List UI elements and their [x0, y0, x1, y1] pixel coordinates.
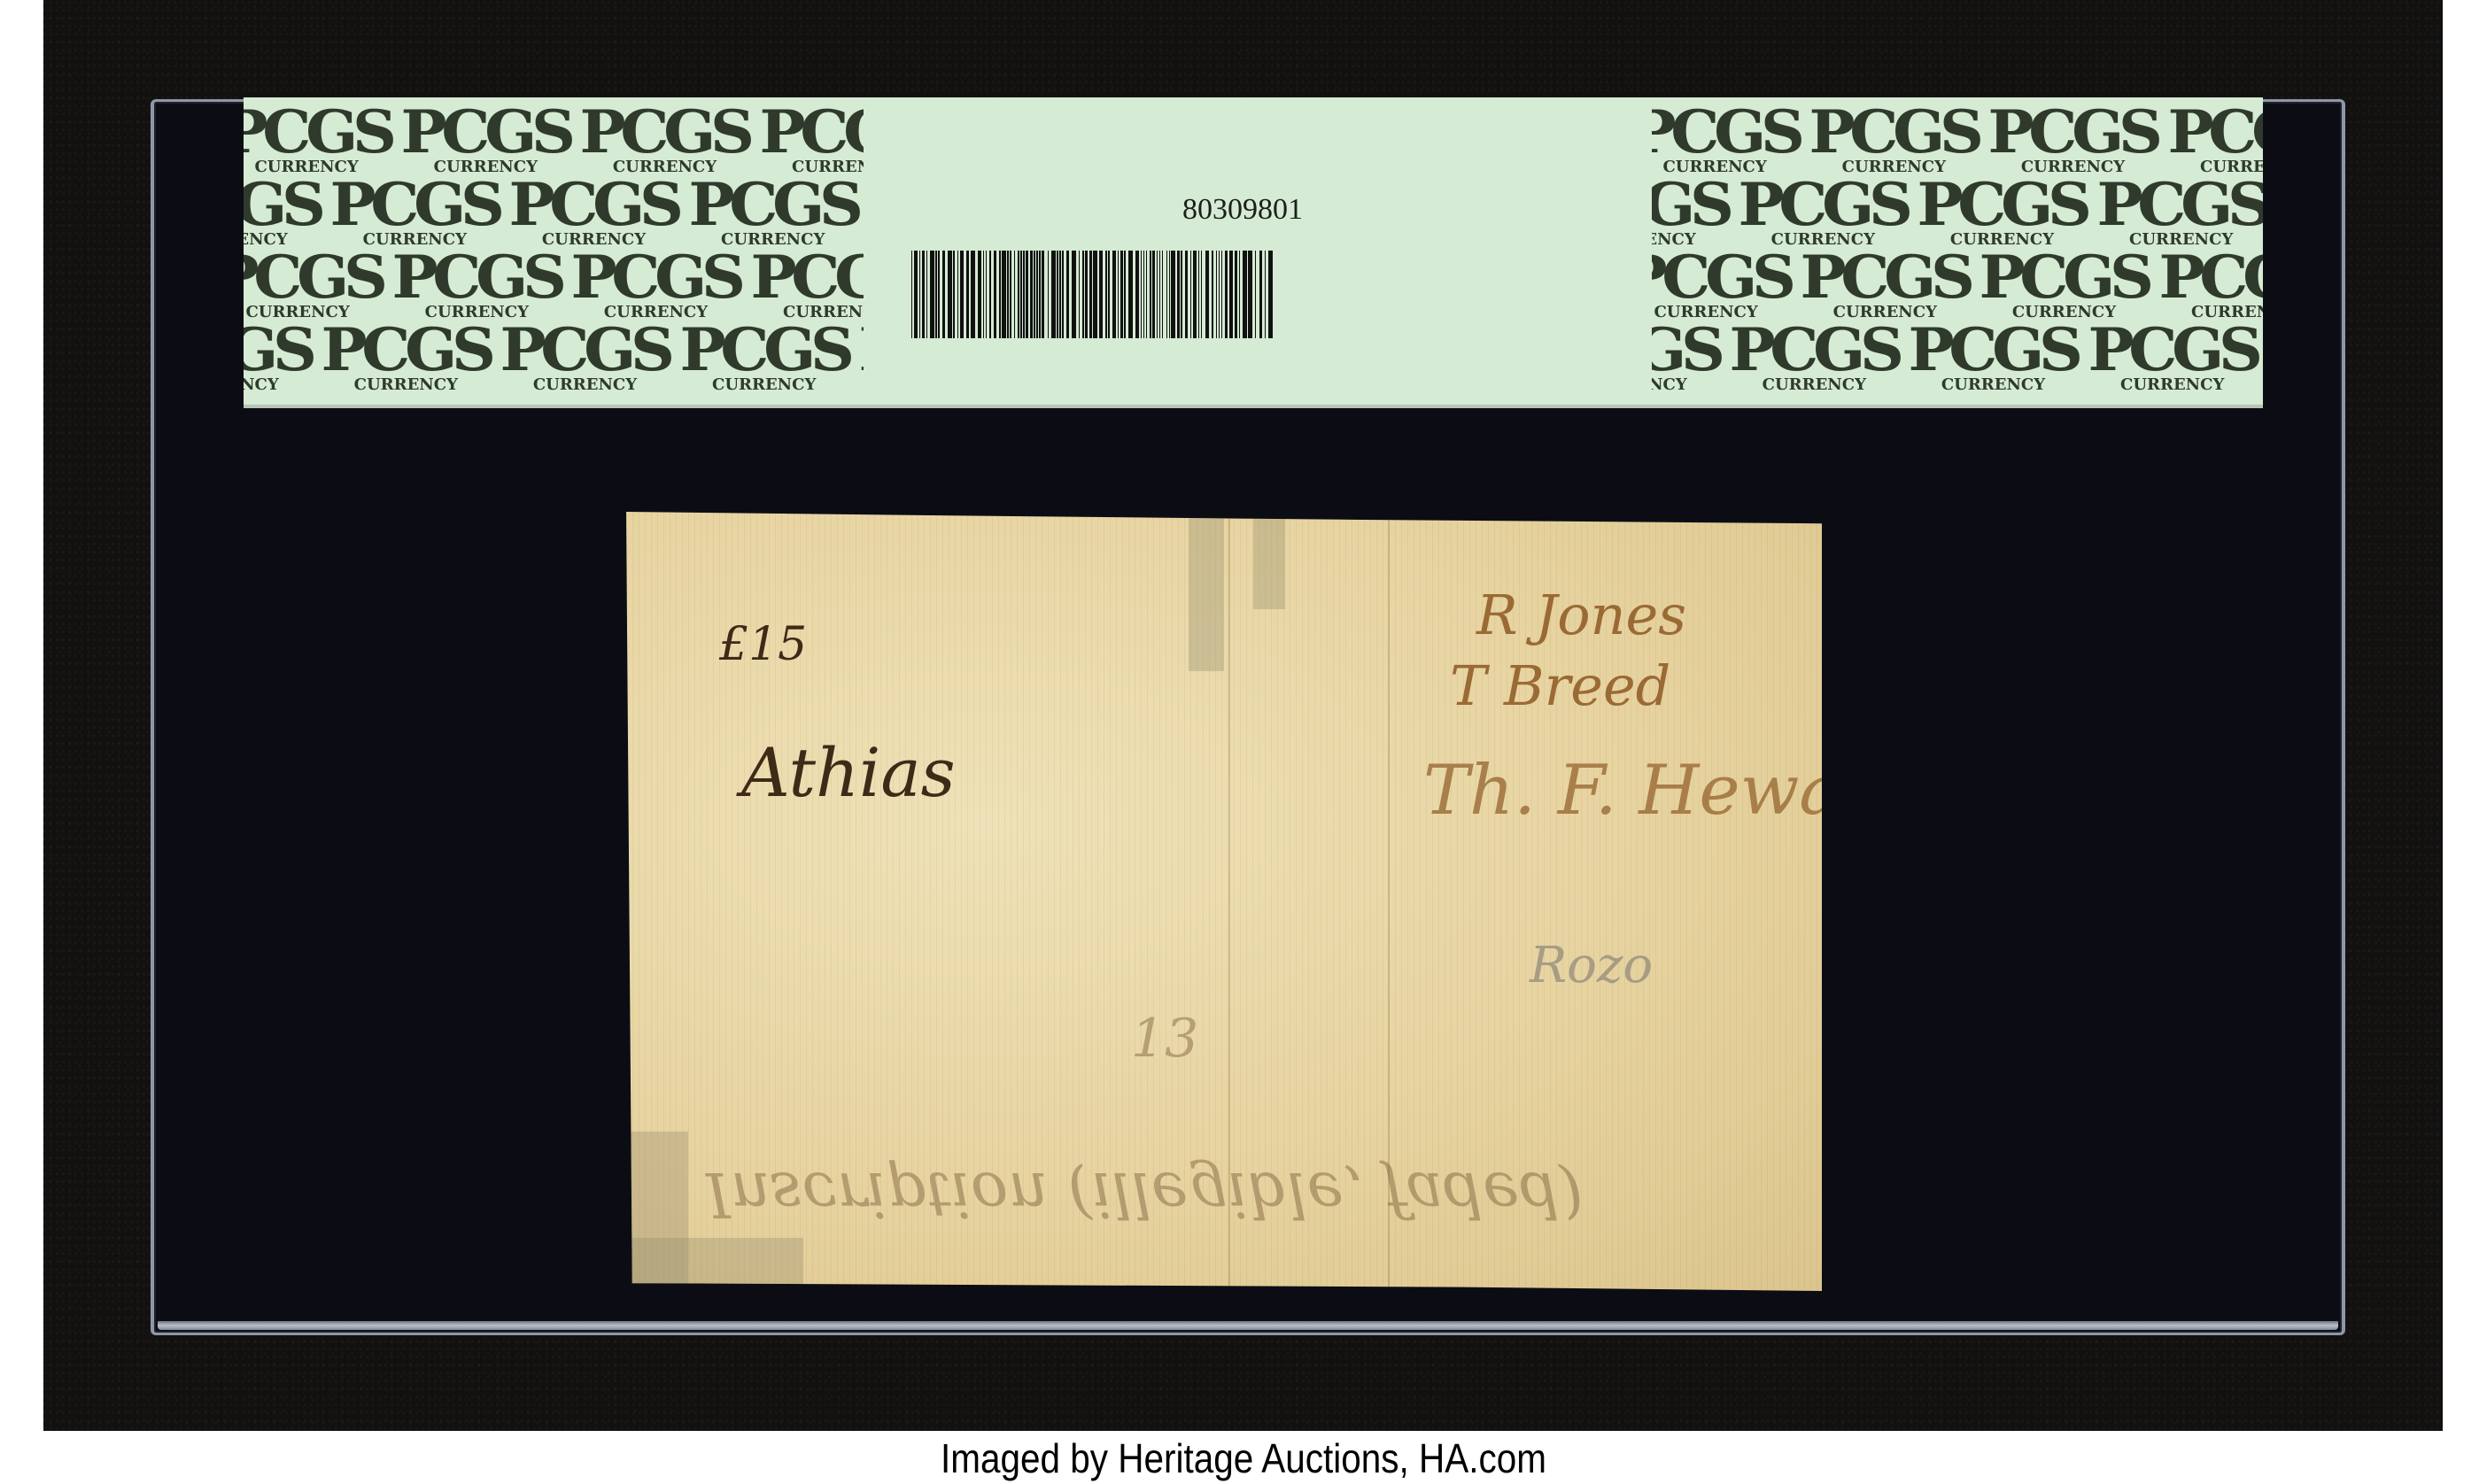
- logo-row: PCGSCURRENCYPCGSCURRENCYPCGSCURRENCYPCGS…: [244, 177, 864, 248]
- bottom-inscription: Inscription (illegible, faded): [706, 1158, 1584, 1231]
- pcgs-logo-icon: PCGSCURRENCY: [244, 250, 378, 321]
- pcgs-logo-icon: PCGSCURRENCY: [2092, 322, 2253, 393]
- pcgs-logo-icon: PCGSCURRENCY: [693, 177, 854, 248]
- tape-strip: [626, 1238, 803, 1287]
- right-signature-1: R Jones: [1476, 583, 1686, 647]
- pcgs-logo-icon: PCGSCURRENCY: [1921, 177, 2082, 248]
- pcgs-logo-icon: PCGSCURRENCY: [755, 250, 864, 321]
- pcgs-logo-icon: PCGSCURRENCY: [1983, 250, 2144, 321]
- denomination-mark: £15: [719, 618, 807, 671]
- left-signature: Athias: [741, 733, 956, 812]
- logo-pattern-right: PCGSCURRENCYPCGSCURRENCYPCGSCURRENCYPCGS…: [1652, 104, 2263, 397]
- pcgs-logo-icon: PCGSCURRENCY: [863, 322, 864, 393]
- logo-pattern-left: PCGSCURRENCYPCGSCURRENCYPCGSCURRENCYPCGS…: [244, 104, 864, 397]
- logo-row: PCGSCURRENCYPCGSCURRENCYPCGSCURRENCYPCGS…: [1652, 250, 2263, 321]
- pcgs-logo-icon: PCGSCURRENCY: [1652, 177, 1724, 248]
- pcgs-logo-icon: PCGSCURRENCY: [1652, 104, 1795, 175]
- pcgs-logo-icon: PCGSCURRENCY: [325, 322, 486, 393]
- logo-row: PCGSCURRENCYPCGSCURRENCYPCGSCURRENCYPCGS…: [244, 322, 864, 393]
- pcgs-logo-icon: PCGSCURRENCY: [763, 104, 864, 175]
- pcgs-logo-icon: PCGSCURRENCY: [396, 250, 557, 321]
- barcode: [911, 251, 1283, 338]
- pencil-note: Rozo: [1530, 937, 1653, 994]
- logo-row: PCGSCURRENCYPCGSCURRENCYPCGSCURRENCYPCGS…: [244, 104, 864, 175]
- logo-row: PCGSCURRENCYPCGSCURRENCYPCGSCURRENCYPCGS…: [1652, 322, 2263, 393]
- holder-bottom-edge: [158, 1321, 2338, 1330]
- tape-strip: [1253, 512, 1285, 609]
- pcgs-logo-icon: PCGSCURRENCY: [244, 322, 307, 393]
- right-signature-2: T Breed: [1450, 653, 1670, 718]
- pcgs-logo-icon: PCGSCURRENCY: [1733, 322, 1894, 393]
- pcgs-logo-icon: PCGSCURRENCY: [1652, 250, 1786, 321]
- pcgs-logo-icon: PCGSCURRENCY: [504, 322, 665, 393]
- pcgs-logo-icon: PCGSCURRENCY: [1912, 322, 2073, 393]
- pcgs-logo-icon: PCGSCURRENCY: [1813, 104, 1974, 175]
- right-signature-3: Th. F. Hewan: [1423, 751, 1885, 831]
- image-credit: Imaged by Heritage Auctions, HA.com: [149, 1434, 2337, 1482]
- cert-number: 80309801: [1163, 193, 1322, 227]
- logo-row: PCGSCURRENCYPCGSCURRENCYPCGSCURRENCYPCGS…: [1652, 104, 2263, 175]
- pcgs-logo-icon: PCGSCURRENCY: [2163, 250, 2263, 321]
- pcgs-logo-icon: PCGSCURRENCY: [513, 177, 674, 248]
- pcgs-logo-icon: PCGSCURRENCY: [2101, 177, 2262, 248]
- pcgs-logo-icon: PCGSCURRENCY: [244, 177, 316, 248]
- logo-row: PCGSCURRENCYPCGSCURRENCYPCGSCURRENCYPCGS…: [244, 250, 864, 321]
- pcgs-logo-icon: PCGSCURRENCY: [684, 322, 845, 393]
- pcgs-logo-icon: PCGSCURRENCY: [1742, 177, 1903, 248]
- pcgs-logo-icon: PCGSCURRENCY: [575, 250, 736, 321]
- pcgs-logo-icon: PCGSCURRENCY: [2172, 104, 2263, 175]
- pcgs-logo-icon: PCGSCURRENCY: [1992, 104, 2153, 175]
- pcgs-logo-icon: PCGSCURRENCY: [334, 177, 495, 248]
- pcgs-logo-icon: PCGSCURRENCY: [1652, 322, 1716, 393]
- logo-row: PCGSCURRENCYPCGSCURRENCYPCGSCURRENCYPCGS…: [1652, 177, 2263, 248]
- tape-strip: [1189, 512, 1224, 671]
- pcgs-logo-icon: PCGSCURRENCY: [405, 104, 566, 175]
- pcgs-logo-icon: PCGSCURRENCY: [584, 104, 745, 175]
- banknote: £15 Athias R Jones T Breed Th. F. Hewan …: [626, 512, 1822, 1291]
- pcgs-logo-icon: PCGSCURRENCY: [1804, 250, 1965, 321]
- center-mark: 13: [1131, 1008, 1198, 1070]
- pcgs-logo-icon: PCGSCURRENCY: [244, 104, 387, 175]
